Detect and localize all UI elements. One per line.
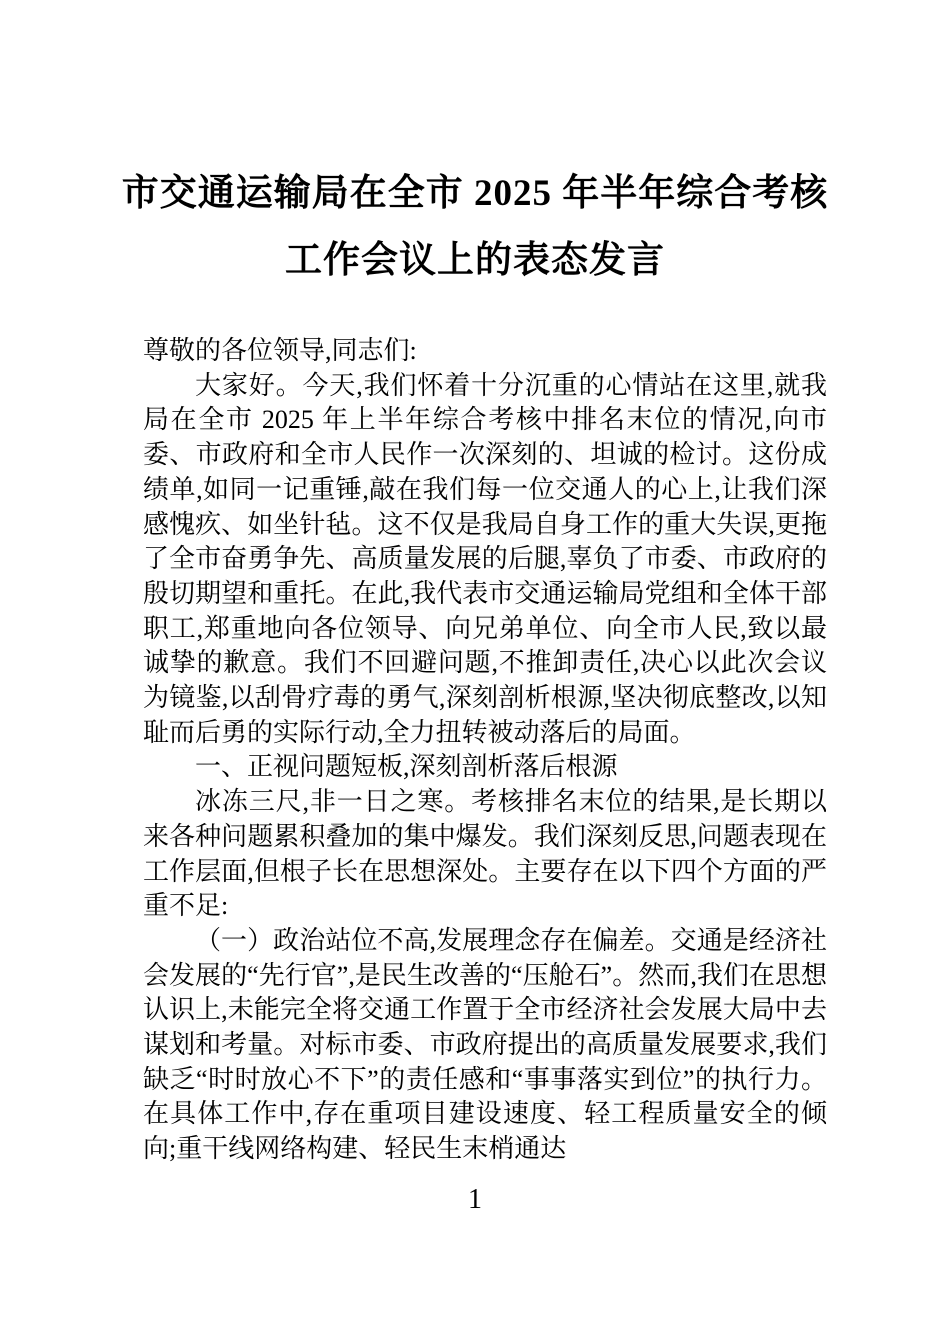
document-title-line-2: 工作会议上的表态发言: [0, 227, 950, 294]
paragraph: 尊敬的各位领导,同志们:: [143, 334, 827, 369]
page-footer: 1: [0, 1184, 950, 1216]
page-number: 1: [468, 1184, 482, 1215]
document-title: 市交通运输局在全市 2025 年半年综合考核 工作会议上的表态发言: [0, 160, 950, 294]
paragraph: 冰冻三尺,非一日之寒。考核排名末位的结果,是长期以来各种问题累积叠加的集中爆发。…: [143, 785, 827, 924]
paragraph: 一、正视问题短板,深刻剖析落后根源: [143, 750, 827, 785]
document-body: 尊敬的各位领导,同志们:大家好。今天,我们怀着十分沉重的心情站在这里,就我局在全…: [143, 334, 827, 1179]
document-page: 市交通运输局在全市 2025 年半年综合考核 工作会议上的表态发言 尊敬的各位领…: [0, 0, 950, 1344]
document-title-line-1: 市交通运输局在全市 2025 年半年综合考核: [0, 160, 950, 227]
paragraph: （一）政治站位不高,发展理念存在偏差。交通是经济社会发展的“先行官”,是民生改善…: [143, 924, 827, 1167]
paragraph: 大家好。今天,我们怀着十分沉重的心情站在这里,就我局在全市 2025 年上半年综…: [143, 369, 827, 751]
